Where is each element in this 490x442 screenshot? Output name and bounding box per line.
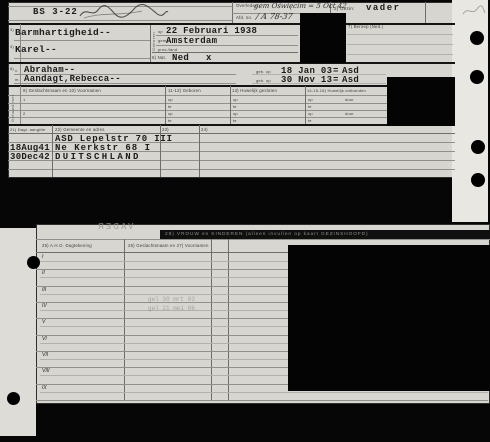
rule-line: [8, 110, 390, 111]
stamp-code: BS 3-22: [33, 8, 78, 17]
row-numeral: IX: [42, 386, 47, 391]
address-col-24: 24): [201, 127, 208, 132]
beroep-label: 7) Beroep (Ned.): [348, 24, 383, 29]
address-row-address: DUITSCHLAND: [55, 153, 141, 162]
parents-side-label: 8): [10, 66, 14, 71]
geboren-side-label: Geboren: [151, 27, 156, 51]
geboren-op-label: op: [168, 97, 173, 102]
divider: [230, 86, 231, 124]
rule-line: [347, 44, 453, 45]
mother-birthdate: 30 Nov 13: [281, 76, 332, 85]
divider: [20, 86, 21, 124]
rule-line: [14, 40, 150, 41]
row-numeral: I: [42, 255, 43, 260]
gezin-label: 2) Gezin:: [334, 6, 354, 11]
punch-hole: [7, 392, 20, 405]
marriage-col-ontbonden: 14-15-16) Huwelijk ontbonden: [307, 88, 366, 93]
row-numeral: VIII: [42, 369, 50, 374]
mother-birthplace: Asd: [342, 76, 359, 85]
section-separator: [8, 62, 455, 64]
bleed-through-line: gel 30 mrt 03: [148, 296, 195, 303]
redaction-block: [288, 245, 490, 391]
firstnames-value: Karel--: [15, 45, 57, 54]
signature-scribble: [78, 4, 170, 21]
marriage-col-geboren: 11-12) Geboren: [168, 88, 201, 93]
divider: [199, 125, 200, 177]
address-col-address: 22) Gemeente en adres: [55, 127, 105, 132]
afd-no-value: / A 78-37: [255, 12, 293, 21]
nat-value: Ned: [172, 54, 189, 63]
divider: [305, 86, 306, 124]
mother-eq-mark: =: [333, 76, 339, 85]
ontbonden-te-label: te: [308, 118, 312, 123]
mother-geb-label: geb. op: [256, 78, 271, 83]
rule-line: [36, 400, 488, 401]
rule-line: [40, 392, 488, 393]
gesloten-op-label: op: [233, 111, 238, 116]
redaction-block: [300, 13, 346, 63]
ontbonden-door-label: door: [345, 111, 354, 116]
mother-prefix: m.: [15, 77, 20, 82]
afd-no-label: Afd. no.: [236, 15, 252, 20]
row-numeral: V: [42, 320, 45, 325]
gesloten-te-label: te: [233, 104, 237, 109]
address-col-date: 21) Dagt. aangifte: [10, 127, 45, 132]
field3-label: 3): [10, 27, 14, 32]
divider: [165, 86, 166, 124]
rule-line: [8, 169, 455, 170]
father-prefix: v.: [15, 68, 18, 73]
gesloten-te-label: te: [233, 118, 237, 123]
marriage-col-gesloten: 13) Huwelijk gesloten: [232, 88, 277, 93]
divider: [160, 125, 161, 177]
birth-prov-label: prov./land: [158, 47, 177, 52]
birth-op-label: op: [158, 29, 163, 34]
rule-line: [36, 239, 490, 240]
address-row-date: 30Dec42: [10, 153, 50, 162]
bleed-through-line: gel 21 mei 06: [148, 305, 195, 312]
section-separator: [8, 23, 455, 25]
punch-hole: [470, 70, 484, 84]
birth-place: Amsterdam: [166, 37, 217, 46]
row-numeral: VI: [42, 337, 47, 342]
row-numeral: IV: [42, 304, 47, 309]
gehuwd-side-label: Gehuwd met: [10, 88, 15, 122]
ontbonden-op-label: op: [308, 111, 313, 116]
aho-col-label: 25) A.H.O. Dagtekening: [42, 243, 92, 248]
rule-line: [8, 95, 390, 96]
father-geb-label: geb. op: [256, 69, 271, 74]
field4-label: 4): [10, 44, 14, 49]
redaction-block: [387, 77, 455, 126]
names-col-label: 26) Geslachtsnaam en 27) Voornamen: [128, 243, 209, 248]
rule-line: [8, 117, 390, 118]
row-numeral: III: [42, 288, 46, 293]
scanned-archive-document: BS 3-22 Overleden gem Oświęcim = 5 Oct 4…: [0, 0, 490, 442]
nat-label: 5) Nat.: [152, 55, 166, 60]
punch-hole: [471, 173, 485, 187]
rule-line: [347, 34, 453, 35]
punch-hole: [27, 256, 40, 269]
marriage-row2-no: 2: [23, 111, 25, 116]
marriage-row1-no: 1: [23, 97, 25, 102]
divider: [52, 125, 53, 177]
bleed-through-text: VADER: [96, 222, 133, 231]
divider: [425, 2, 426, 23]
nat-mark: x: [206, 54, 212, 63]
ontbonden-te-label: te: [308, 104, 312, 109]
kinderen-banner: 28) VROUW en KINDEREN (alleen invullen o…: [160, 230, 490, 239]
pen-mark: [460, 4, 486, 18]
gesloten-op-label: op: [233, 97, 238, 102]
birth-date: 22 Februari 1938: [166, 27, 257, 36]
punch-hole: [471, 140, 485, 154]
surname-value: Barmhartigheid--: [15, 28, 111, 37]
geboren-te-label: te: [168, 118, 172, 123]
marriage-col-names: 9) Geslachtsnaam en 10) Voornamen: [23, 88, 101, 93]
gezin-value: vader: [366, 4, 401, 13]
ontbonden-op-label: op: [308, 97, 313, 102]
row-numeral: VII: [42, 353, 48, 358]
geboren-op-label: op: [168, 111, 173, 116]
punch-hole: [470, 31, 484, 45]
rule-line: [8, 103, 390, 104]
geboren-te-label: te: [168, 104, 172, 109]
address-col-23: 23): [162, 127, 169, 132]
mother-name: Aandagt,Rebecca--: [24, 75, 121, 84]
rule-line: [347, 54, 453, 55]
rule-line: [14, 58, 150, 59]
row-numeral: II: [42, 271, 45, 276]
ontbonden-door-label: door: [345, 97, 354, 102]
